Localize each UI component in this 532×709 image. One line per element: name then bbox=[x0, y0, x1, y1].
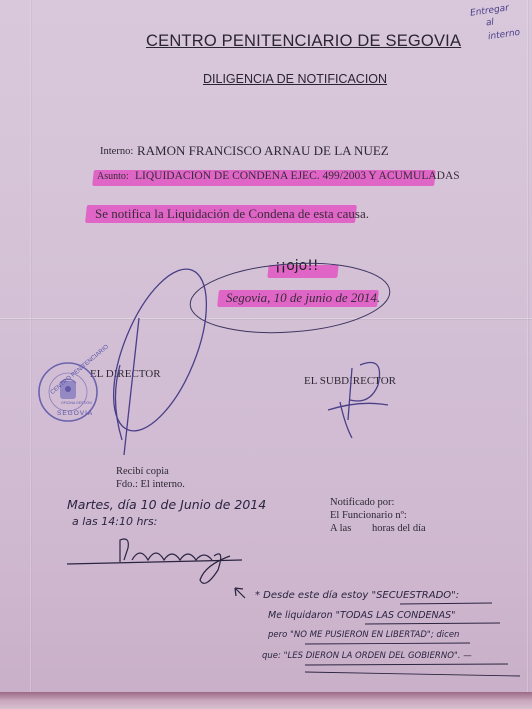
notified-by-line-3b: horas del día bbox=[372, 523, 426, 534]
notified-by-line-2: El Funcionario nº: bbox=[330, 510, 407, 521]
margin-note-line-1: Entregar bbox=[469, 3, 509, 18]
notified-by-line-3a: A las bbox=[330, 523, 351, 534]
paper-bottom-edge bbox=[0, 692, 532, 709]
handwritten-note-line-3: pero "NO ME PUSIERON EN LIBERTAD"; dicen bbox=[268, 630, 459, 640]
inmate-name: RAMON FRANCISCO ARNAU DE LA NUEZ bbox=[137, 143, 389, 159]
receipt-line-1: Recibí copia bbox=[116, 466, 169, 477]
ojo-annotation: ¡¡ojo!! bbox=[275, 258, 318, 274]
handwritten-note-line-4: que: "LES DIERON LA ORDEN DEL GOBIERNO".… bbox=[262, 651, 472, 661]
arrow-icon bbox=[235, 588, 245, 598]
margin-note-line-3: interno bbox=[487, 28, 520, 42]
subdirector-label: EL SUBDIRECTOR bbox=[304, 375, 396, 387]
document-page: CENTRO PENITENCIARIO DE SEGOVIA DILIGENC… bbox=[0, 0, 532, 709]
notified-by-line-1: Notificado por: bbox=[330, 497, 394, 508]
stamp-inner-text: OFICINA GESTION bbox=[61, 401, 92, 405]
stamp-bottom-text: SEGOVIA bbox=[57, 410, 93, 417]
handwritten-note-line-2: Me liquidaron "TODAS LAS CONDENAS" bbox=[268, 610, 456, 621]
official-stamp: CENTRO PENITENCIARIO SEGOVIA OFICINA GES… bbox=[37, 361, 99, 423]
inmate-signature-icon bbox=[67, 539, 242, 583]
receipt-line-2: Fdo.: El interno. bbox=[116, 479, 185, 490]
subject-text: LIQUIDACION DE CONDENA EJEC. 499/2003 Y … bbox=[135, 170, 460, 182]
notice-text: Se notifica la Liquidación de Condena de… bbox=[95, 206, 369, 222]
director-label: EL DIRECTOR bbox=[90, 368, 161, 380]
margin-note-line-2: al bbox=[485, 17, 494, 28]
place-date: Segovia, 10 de junio de 2014. bbox=[226, 290, 380, 306]
ink-strokes bbox=[0, 0, 532, 709]
paper-fold-vertical bbox=[30, 0, 32, 709]
subdirector-signature-icon bbox=[328, 363, 388, 439]
paper-fold-horizontal bbox=[0, 318, 532, 320]
handwritten-date-line-1: Martes, día 10 de Junio de 2014 bbox=[67, 497, 266, 512]
director-signature-icon bbox=[94, 257, 225, 455]
handwritten-date-line-2: a las 14:10 hrs: bbox=[72, 515, 157, 528]
subject-label: Asunto: bbox=[97, 171, 129, 182]
paper-edge-right bbox=[527, 0, 529, 709]
institution-title: CENTRO PENITENCIARIO DE SEGOVIA bbox=[146, 32, 461, 51]
handwritten-note-line-1: * Desde este día estoy "SECUESTRADO": bbox=[255, 590, 459, 601]
document-title: DILIGENCIA DE NOTIFICACION bbox=[203, 72, 387, 86]
inmate-label: Interno: bbox=[100, 146, 133, 157]
